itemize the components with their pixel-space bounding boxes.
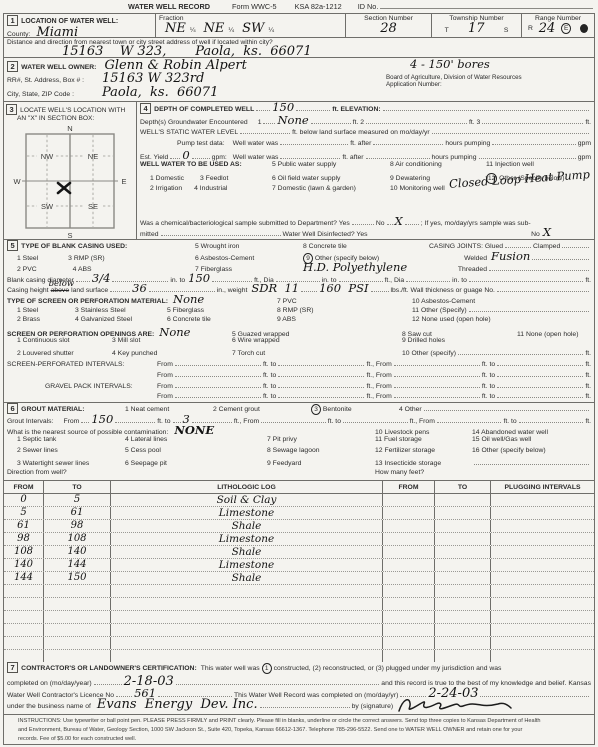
range-east-circled: E (561, 23, 571, 34)
quarter-glyph: ¼ (228, 27, 234, 34)
litho-from-text: 5 (20, 508, 26, 518)
blank (81, 416, 89, 423)
section-3-number: 3 (6, 104, 17, 115)
casing-height-value: 36 (132, 283, 147, 295)
plugging-to-cell (435, 533, 491, 545)
plugging-from-cell (383, 520, 435, 532)
form-body: 1LOCATION OF WATER WELL: County:Miami Fr… (3, 13, 595, 745)
ft-label: ft. (585, 361, 591, 368)
ft-to-label: ft. to (503, 418, 516, 425)
litho-from-text: 61 (17, 521, 30, 531)
blank (394, 359, 480, 366)
contam-option-10: 10 Livestock pens (375, 429, 472, 436)
col-to: TO (44, 481, 111, 493)
blank (278, 381, 364, 388)
screen-option-6: 6 Concrete tile (167, 316, 277, 323)
lithologic-table-header: FROM TO LITHOLOGIC LOG FROM TO PLUGGING … (4, 481, 594, 494)
ft-to-label: ft. to (482, 361, 495, 368)
blank (366, 152, 430, 159)
ft-label: ft. (585, 393, 591, 400)
certification-title: CONTRACTOR'S OR LANDOWNER'S CERTIFICATIO… (21, 665, 197, 672)
id-no-label: ID No. (358, 2, 379, 11)
blank (175, 359, 261, 366)
blank (497, 391, 583, 398)
blank (261, 416, 326, 423)
litho-from-value (4, 637, 44, 649)
blank (301, 285, 317, 292)
use-option-5: 5 Public water supply (272, 161, 390, 168)
section-7-number: 7 (7, 662, 18, 673)
lithologic-row (4, 611, 594, 624)
lithologic-table-body: 05Soil & Clay561Limestone6198Shale98108L… (4, 494, 594, 662)
instructions-block: INSTRUCTIONS: Use typewriter or ball poi… (4, 714, 594, 744)
blank (482, 117, 583, 124)
blank (562, 241, 589, 248)
lithologic-row: 144150Shale (4, 572, 594, 585)
plugging-to-cell (435, 507, 491, 519)
blank (256, 104, 270, 111)
grout-option-2: 2 Cement grout (213, 406, 311, 413)
quarter-glyph: ¼ (268, 27, 274, 34)
direction-from-well-label: Direction from well? (7, 469, 375, 476)
lithologic-row: 98108Limestone (4, 533, 594, 546)
opening-option-2: 2 Louvered shutter (7, 350, 112, 357)
plugging-from-cell (383, 507, 435, 519)
opening-option-3: 3 Mill slot (112, 337, 232, 344)
from-label: From (157, 361, 173, 368)
range-cell: Range Number R24E (522, 14, 594, 37)
application-number-label: Application Number: (386, 81, 590, 88)
casing-depth-value: 150 (188, 273, 210, 285)
business-name-label: under the business name of (7, 703, 91, 710)
litho-to-text: 150 (67, 573, 86, 583)
litho-log-text: Limestone (219, 534, 274, 545)
ft-to-label: ft. to (263, 383, 276, 390)
blank (519, 416, 584, 423)
plugging-to-cell (435, 520, 491, 532)
board-of-agriculture-text: Board of Agriculture, Division of Water … (386, 74, 590, 81)
contam-option-7: 7 Pit privy (267, 436, 375, 443)
lithologic-row: 6198Shale (4, 520, 594, 533)
litho-to-text: 144 (67, 560, 86, 570)
blank (176, 678, 380, 685)
use-option-1: 1 Domestic (150, 175, 184, 182)
well-location-x-mark (58, 183, 70, 193)
opening-option-7: 7 Torch cut (232, 350, 402, 357)
contam-option-12: 12 Fertilizer storage (375, 447, 472, 454)
instructions-line-1: INSTRUCTIONS: Use typewriter or ball poi… (18, 717, 586, 726)
lithologic-row: 561Limestone (4, 507, 594, 520)
blank (192, 416, 232, 423)
joints-welded-value: Fusion (491, 251, 530, 263)
ft-3-label: ft. 3 (469, 119, 480, 126)
elevation-blank (383, 104, 589, 111)
blank (532, 253, 589, 260)
fraction-1: NE (165, 22, 186, 35)
litho-to-value: 61 (44, 507, 111, 519)
litho-log-value (111, 585, 383, 597)
lithologic-row: 05Soil & Clay (4, 494, 594, 507)
no-label: No (376, 220, 385, 227)
litho-log-value (111, 611, 383, 623)
ft-from-label: ft., From (366, 383, 391, 390)
section-owner: 2WATER WELL OWNER:Glenn & Robin Alpert R… (4, 58, 594, 102)
plugging-to-cell (435, 546, 491, 558)
litho-log-text: Limestone (219, 560, 274, 571)
fraction-3: SW (242, 22, 264, 35)
cert-text-a: This water well was (201, 665, 260, 672)
section-2-number: 2 (7, 61, 18, 72)
plugging-from-cell (383, 494, 435, 506)
weight-sdr-value: SDR 11 (251, 283, 299, 295)
fraction-cell: Fraction NE¼ NE¼ SW¼ (156, 14, 346, 37)
blank (373, 138, 443, 145)
ft-to-label: ft. to (482, 383, 495, 390)
section-location: 1LOCATION OF WATER WELL: County:Miami Fr… (4, 14, 594, 58)
blank (469, 305, 589, 312)
ft-label: ft. (585, 119, 591, 126)
litho-from-value: 98 (4, 533, 44, 545)
contam-option-11: 11 Fuel storage (375, 436, 472, 443)
range-west-blot (580, 24, 588, 33)
joints-clamped-label: Clamped (533, 243, 560, 250)
ft-from-label: ft., From (410, 418, 435, 425)
fraction-2: NE (204, 22, 225, 35)
blank (424, 404, 589, 411)
section-certification: 7CONTRACTOR'S OR LANDOWNER'S CERTIFICATI… (4, 662, 594, 744)
lithologic-row: 108140Shale (4, 546, 594, 559)
litho-from-value: 108 (4, 546, 44, 558)
screen-intervals-label: SCREEN-PERFORATED INTERVALS: (7, 361, 157, 368)
plugging-from-cell (383, 637, 435, 649)
blank (260, 701, 350, 708)
litho-log-value: Shale (111, 546, 383, 558)
plugging-intervals-cell (491, 520, 594, 532)
ft-to-label: ft. to (482, 393, 495, 400)
no-label: No (531, 231, 540, 238)
litho-from-value (4, 611, 44, 623)
section-grout-contamination: 6GROUT MATERIAL:1 Neat cement2 Cement gr… (4, 403, 594, 481)
township-value: 17 (468, 22, 485, 35)
plugging-to-cell (435, 494, 491, 506)
casing-title: TYPE OF BLANK CASING USED: (21, 243, 127, 250)
blank (280, 138, 348, 145)
blank (497, 370, 583, 377)
litho-from-value: 144 (4, 572, 44, 584)
litho-log-text: Shale (232, 573, 262, 584)
litho-log-text: Shale (232, 521, 262, 532)
plugging-intervals-cell (491, 572, 594, 584)
t-label: T (445, 27, 449, 34)
cert-text-b: constructed, (2) reconstructed, or (3) p… (274, 665, 502, 672)
from-label: From (63, 418, 79, 425)
section-5-number: 5 (7, 240, 18, 251)
ft-label: ft. (585, 418, 591, 425)
plugging-intervals-cell (491, 559, 594, 571)
litho-to-text: 61 (71, 508, 84, 518)
well-water-was-label: Well water was (233, 140, 279, 147)
groundwater-label: Depth(s) Groundwater Encountered (140, 119, 248, 126)
quadrant-nw-label: NW (41, 152, 54, 161)
use-label: WELL WATER TO BE USED AS: (140, 161, 272, 168)
litho-to-text: 5 (74, 495, 80, 505)
litho-from-value (4, 650, 44, 662)
compass-east-label: E (121, 177, 126, 186)
groundwater-1-value: None (277, 115, 308, 127)
litho-log-value (111, 624, 383, 636)
plugging-to-cell (435, 611, 491, 623)
blank (116, 690, 132, 697)
blank (296, 104, 330, 111)
use-option-11: 11 Injection well (486, 161, 534, 168)
gpm-label: gpm (578, 154, 591, 161)
location-title-cell: 1LOCATION OF WATER WELL: County:Miami (4, 14, 156, 37)
opening-option-10: 10 Other (specify) (402, 350, 456, 357)
section-6-number: 6 (7, 403, 18, 414)
litho-from-value (4, 585, 44, 597)
litho-log-value: Limestone (111, 533, 383, 545)
how-many-feet-label: How many feet? (375, 469, 424, 476)
plugging-from-cell (383, 559, 435, 571)
address-label: RR#, St. Address, Box # : (7, 77, 102, 84)
litho-log-value (111, 637, 383, 649)
section-2-title: WATER WELL OWNER: (21, 64, 96, 71)
col-to-2: TO (435, 481, 491, 493)
litho-log-value: Soil & Clay (111, 494, 383, 506)
screen-option-4: 4 Galvanized Steel (75, 316, 167, 323)
section-locator-map: N S W E NW NE SW SE (6, 122, 135, 240)
plugging-to-cell (435, 650, 491, 662)
plugging-to-cell (435, 585, 491, 597)
blank (311, 117, 351, 124)
ft-to-label: ft. to (328, 418, 341, 425)
litho-to-value (44, 598, 111, 610)
section-depth-details: 4DEPTH OF COMPLETED WELL150ft. ELEVATION… (137, 102, 594, 239)
static-level-rest: ft. below land surface measured on mo/da… (292, 129, 430, 136)
blank (173, 416, 181, 423)
est-yield-label: Est. Yield (140, 154, 168, 161)
blank (212, 275, 252, 282)
lithologic-row (4, 598, 594, 611)
plugging-from-cell (383, 611, 435, 623)
grout-option-4: 4 Other (399, 406, 422, 413)
litho-to-value (44, 624, 111, 636)
section-3-title-line2: AN "X" IN SECTION BOX: (6, 115, 134, 122)
ft-label: ft. (585, 383, 591, 390)
plugging-from-cell (383, 585, 435, 597)
weight-psi-value: 160 PSI (319, 283, 368, 295)
blank (76, 275, 90, 282)
business-name-value: Evans Energy Dev. Inc. (97, 698, 258, 711)
litho-to-value: 108 (44, 533, 111, 545)
litho-log-text: Shale (232, 547, 262, 558)
plugging-intervals-cell (491, 494, 594, 506)
litho-to-text: 140 (67, 547, 86, 557)
range-label: Range Number (525, 15, 591, 22)
contam-option-3: 3 Watertight sewer lines (7, 460, 125, 467)
screen-option-2: 2 Brass (7, 316, 75, 323)
blank (497, 381, 583, 388)
gw-1: 1 (258, 119, 262, 126)
blank (371, 285, 389, 292)
lithologic-row: 140144Limestone (4, 559, 594, 572)
screen-option-5: 5 Fiberglass (167, 307, 277, 314)
contamination-label: What is the nearest source of possible c… (7, 429, 168, 436)
quadrant-ne-label: NE (88, 152, 98, 161)
blank (469, 275, 583, 282)
blank (175, 370, 261, 377)
blank (115, 416, 155, 423)
address-value: 15163 W 323rd (102, 72, 204, 85)
screen-option-3: 3 Stainless Steel (75, 307, 167, 314)
blank (387, 218, 393, 225)
litho-to-text: 98 (71, 521, 84, 531)
contam-option-2: 2 Sewer lines (7, 447, 125, 454)
plugging-intervals-cell (491, 533, 594, 545)
contamination-value: NONE (174, 423, 214, 437)
litho-from-value (4, 598, 44, 610)
well-water-was-label: Well water was (233, 154, 279, 161)
use-option-4: 4 Industrial (194, 185, 227, 192)
bores-note: 4 - 150' bores (410, 57, 490, 71)
plugging-intervals-cell (491, 507, 594, 519)
blank (394, 391, 480, 398)
plugging-to-cell (435, 637, 491, 649)
from-label: From (157, 372, 173, 379)
use-option-3: 3 Feedlot (200, 175, 228, 182)
ft-to-label: ft. to (263, 361, 276, 368)
blank (110, 285, 130, 292)
section-locator-box: 3LOCATE WELL'S LOCATION WITH AN "X" IN S… (4, 102, 137, 239)
litho-from-value: 61 (4, 520, 44, 532)
opening-option-4: 4 Key punched (112, 350, 232, 357)
ft-after-label: ft. after (342, 154, 363, 161)
ft-to-label: ft. to (263, 372, 276, 379)
litho-to-text: 108 (67, 534, 86, 544)
below-handwritten: below (49, 280, 75, 289)
blank (474, 458, 589, 465)
litho-to-value: 140 (44, 546, 111, 558)
city-label: City, State, ZIP Code : (7, 91, 102, 98)
ft-label: ft. (585, 350, 591, 357)
contam-option-9: 9 Feedyard (267, 460, 375, 467)
plugging-to-cell (435, 624, 491, 636)
city-value: Paola, ks. 66071 (102, 86, 218, 99)
use-option-6: 6 Oil field water supply (272, 175, 390, 182)
grout-option-3: Bentonite (323, 406, 352, 413)
gravel-pack-label: GRAVEL PACK INTERVALS: (7, 383, 157, 390)
lithologic-row (4, 650, 594, 662)
chem-sample-question: Was a chemical/bacteriological sample su… (140, 220, 350, 227)
form-number: Form WWC-5 (232, 2, 277, 11)
blank (489, 264, 589, 271)
litho-log-value (111, 650, 383, 662)
instructions-line-2: and Environment, Bureau of Water, Geolog… (18, 726, 586, 735)
lithologic-row (4, 585, 594, 598)
grout-option-1: 1 Neat cement (125, 406, 213, 413)
litho-to-value (44, 637, 111, 649)
distance-row: Distance and direction from nearest town… (4, 38, 594, 59)
well-use-options: WELL WATER TO BE USED AS:5 Public water … (137, 161, 594, 196)
plugging-from-cell (383, 546, 435, 558)
lithologic-row (4, 637, 594, 650)
blank (406, 275, 450, 282)
plugging-to-cell (435, 559, 491, 571)
litho-from-text: 0 (20, 495, 26, 505)
chem-sample-question-2: ; If yes, mo/day/yrs sample was sub- (421, 220, 531, 227)
contam-option-5: 5 Cess pool (125, 447, 267, 454)
quadrant-se-label: SE (88, 202, 98, 211)
plugging-intervals-cell (491, 624, 594, 636)
ft-to-label: ft. to (482, 372, 495, 379)
plugging-intervals-cell (491, 546, 594, 558)
blank (394, 381, 480, 388)
litho-log-value: Limestone (111, 507, 383, 519)
ft-to-label: ft. to (263, 393, 276, 400)
use-option-8: 8 Air conditioning (390, 161, 486, 168)
gpm-colon-label: gpm: (212, 154, 227, 161)
doc-title: WATER WELL RECORD (128, 2, 210, 11)
section-1-title: LOCATION OF WATER WELL: (21, 18, 118, 25)
section-4-number: 4 (140, 103, 151, 114)
plugging-to-cell (435, 598, 491, 610)
contam-option-14: 14 Abandoned water well (472, 429, 548, 436)
plugging-from-cell (383, 533, 435, 545)
litho-log-value: Shale (111, 520, 383, 532)
compass-south-label: S (67, 231, 72, 240)
ft-from-label: ft., From (366, 372, 391, 379)
pump-test-label: Pump test data: (177, 140, 225, 147)
litho-from-value (4, 624, 44, 636)
blank (343, 416, 408, 423)
blank (94, 678, 122, 685)
col-plugging-intervals: PLUGGING INTERVALS (491, 481, 594, 493)
from-label: From (157, 393, 173, 400)
litho-log-text: Limestone (219, 508, 274, 519)
static-level-label: WELL'S STATIC WATER LEVEL (140, 129, 238, 136)
use-option-7: 7 Domestic (lawn & garden) (272, 185, 390, 192)
blank (263, 117, 275, 124)
est-yield-value: 0 (182, 150, 189, 162)
ft-from-label: ft., From (366, 361, 391, 368)
section-casing-screen: 5TYPE OF BLANK CASING USED:5 Wrought iro… (4, 240, 594, 403)
grout-intervals-label: Grout Intervals: (7, 418, 53, 425)
contam-option-6: 6 Seepage pit (125, 460, 267, 467)
section-number-cell: Section Number 28 (346, 14, 432, 37)
instructions-line-3: records. Fee of $5.00 for each construct… (18, 735, 586, 744)
ft-to-label: ft. to (157, 418, 170, 425)
plugging-from-cell (383, 624, 435, 636)
opening-option-1: 1 Continuous slot (7, 337, 112, 344)
blank (492, 138, 575, 145)
blank (352, 218, 374, 225)
litho-to-value: 150 (44, 572, 111, 584)
litho-to-value (44, 585, 111, 597)
above-struck-out: abovebelow (51, 287, 70, 294)
blank (170, 152, 180, 159)
contam-option-8: 8 Sewage lagoon (267, 447, 375, 454)
contam-option-16: 16 Other (specify below) (472, 447, 546, 454)
contam-option-15: 15 Oil well/Gas well (472, 436, 531, 443)
litho-from-value: 5 (4, 507, 44, 519)
depth-label: DEPTH OF COMPLETED WELL (154, 106, 254, 113)
chem-sample-no-x: X (395, 216, 403, 228)
disinfected-question: Water Well Disinfected? Yes (283, 231, 368, 238)
casing-diameter-value: 3/4 (92, 273, 111, 285)
litho-from-text: 144 (14, 573, 33, 583)
depth-value: 150 (272, 102, 294, 114)
blank (497, 285, 589, 292)
